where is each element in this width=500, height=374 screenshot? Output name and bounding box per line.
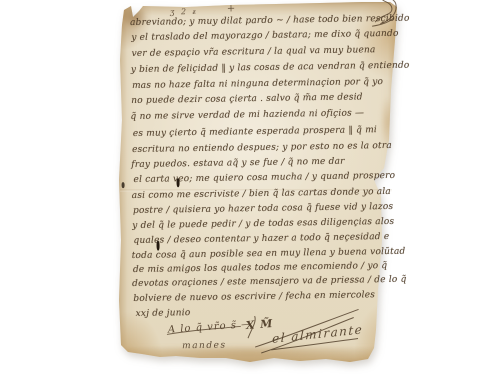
manuscript-line: es muy çierto q̃ mediante esperada prosp… [133, 125, 377, 139]
manuscript-line: devotas oraçiones / este mensajero va de… [132, 275, 407, 289]
manuscript-line: no puede dezir cosa çierta . salvo q̃ m̃… [131, 92, 363, 106]
manuscript-line: el carta veo; me quiero cosa mucha / y q… [133, 171, 395, 185]
top-left-marks: ʒ 2 ᵶ [170, 7, 198, 16]
manuscript-line: ver de espaçio vr̃a escritura / la qual … [131, 45, 375, 59]
ink-layer: ʒ 2 ᵶ + abreviando; y muy dilat pardo ~ … [0, 0, 500, 374]
manuscript-lines: abreviando; y muy dilat pardo ~ / hase t… [0, 0, 500, 2]
manuscript-line: quales / deseo contentar y hazer a todo … [133, 232, 389, 246]
manuscript-line: de mis amigos los quales todos me encomi… [133, 261, 388, 275]
manuscript-line: y bien de feliçidad ‖ y las cosas de aca… [131, 61, 410, 75]
manuscript-line: q̃ no me sirve verdad de mi hazienda ni … [130, 108, 364, 122]
manuscript-line: xxj de junio [136, 308, 191, 319]
closing-word: mandes [182, 341, 227, 352]
ink-blot [156, 241, 159, 251]
manuscript-line: y el traslado del mayorazgo / bastara; m… [131, 29, 398, 43]
manuscript-line: bolviere de nuevo os escrivire / fecha e… [133, 290, 375, 304]
manuscript-line: escritura no entiendo despues; y por est… [132, 141, 392, 155]
manuscript-line: fray puedos. estava aq̃ y se fue / q̃ no… [131, 157, 345, 170]
signature-name: el almirante [272, 322, 364, 346]
manuscript-line: mas no haze falta ni ninguna determinaçi… [132, 77, 383, 91]
manuscript-line: toda cosa q̃ aun posible sea en muy llen… [132, 247, 406, 261]
ink-blot [122, 182, 125, 188]
closing-line: A lo q̃ vr̃o s̃ — [168, 319, 253, 336]
ink-blot [176, 178, 179, 187]
photo-canvas: ʒ 2 ᵶ + abreviando; y muy dilat pardo ~ … [0, 0, 500, 374]
manuscript-line: asi como me escriviste / bien q̃ las car… [132, 187, 391, 201]
manuscript-line: postre / quisiera yo hazer toda cosa q̃ … [133, 202, 393, 216]
top-cross-mark: + [227, 3, 236, 14]
manuscript-line: y del q̃ le puede pedir / y de todas esa… [132, 217, 394, 231]
signature-monogram: X M̃ [245, 317, 274, 332]
